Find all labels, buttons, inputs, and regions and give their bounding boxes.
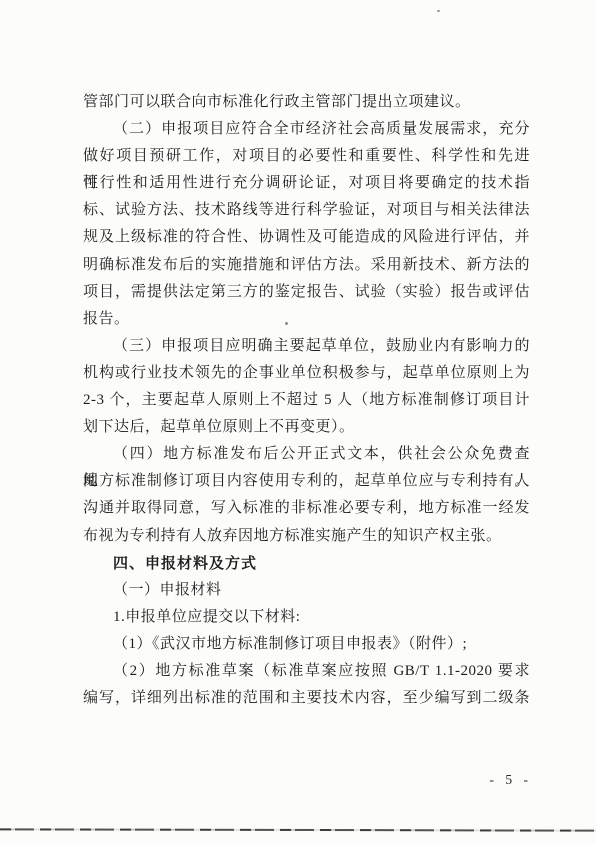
text-line: （二）申报项目应符合全市经济社会高质量发展需求，充分: [83, 116, 530, 143]
text-line: 项目，需提供法定第三方的鉴定报告、试验（实验）报告或评估: [83, 279, 530, 306]
text-line: 编写，详细列出标准的范围和主要技术内容，至少编写到二级条: [83, 685, 530, 712]
scan-edge-artifact: [0, 827, 596, 831]
text-line: 报告。: [83, 306, 530, 333]
text-line: 规及上级标准的符合性、协调性及可能造成的风险进行评估，并: [83, 224, 530, 251]
text-line: 1.申报单位应提交以下材料:: [83, 604, 530, 631]
text-line: （四）地方标准发布后公开正式文本，供社会公众免费查阅。: [83, 441, 530, 468]
text-line: 明确标准发布后的实施措施和评估方法。采用新技术、新方法的: [83, 252, 530, 279]
scan-speck: [437, 10, 440, 12]
text-line: 机构或行业技术领先的企事业单位积极参与，起草单位原则上为: [83, 360, 530, 387]
text-line: 可行性和适用性进行充分调研论证，对项目将要确定的技术指: [83, 170, 530, 197]
text-line: 2-3 个，主要起草人原则上不超过 5 人（地方标准制修订项目计: [83, 387, 530, 414]
text-line: 沟通并取得同意，写入标准的非标准必要专利，地方标准一经发: [83, 495, 530, 522]
text-line: 四、申报材料及方式: [83, 550, 530, 577]
text-line: （1）《武汉市地方标准制修订项目申报表》（附件）;: [83, 631, 530, 658]
scanned-document-page: 管部门可以联合向市标准化行政主管部门提出立项建议。（二）申报项目应符合全市经济社…: [0, 0, 596, 843]
text-line: （三）申报项目应明确主要起草单位，鼓励业内有影响力的: [83, 333, 530, 360]
text-line: 地方标准制修订项目内容使用专利的，起草单位应与专利持有人: [83, 468, 530, 495]
text-line: （一）申报材料: [83, 577, 530, 604]
text-line: （2）地方标准草案（标准草案应按照 GB/T 1.1-2020 要求: [83, 658, 530, 685]
page-number: - 5 -: [490, 772, 533, 788]
text-line: 划下达后，起草单位原则上不再变更）。: [83, 414, 530, 441]
text-line: 标、试验方法、技术路线等进行科学验证，对项目与相关法律法: [83, 197, 530, 224]
document-body: 管部门可以联合向市标准化行政主管部门提出立项建议。（二）申报项目应符合全市经济社…: [83, 89, 530, 712]
text-line: 管部门可以联合向市标准化行政主管部门提出立项建议。: [83, 89, 530, 116]
text-line: 做好项目预研工作，对项目的必要性和重要性、科学性和先进性、: [83, 143, 530, 170]
text-line: 布视为专利持有人放弃因地方标准实施产生的知识产权主张。: [83, 523, 530, 550]
